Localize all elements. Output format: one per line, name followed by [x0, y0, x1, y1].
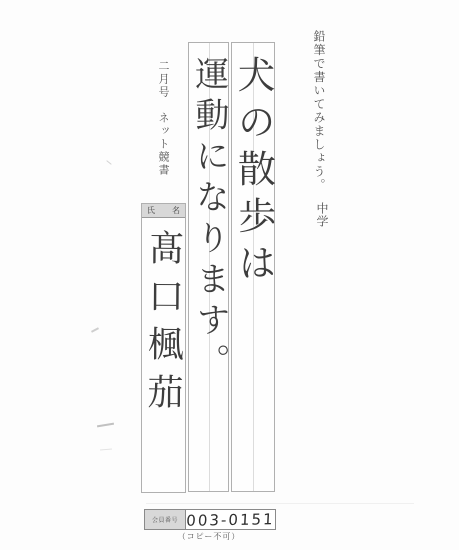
instruction-text: 鉛筆で書いてみましょう。	[311, 30, 328, 192]
name-header-right: 名	[172, 205, 180, 216]
handwritten-line2: 運動になります。	[183, 56, 234, 384]
handwritten-name: 髙口楓茄	[137, 229, 189, 421]
name-field-header: 氏 名	[142, 204, 185, 218]
scanned-practice-sheet: 鉛筆で書いてみましょう。 中学 二月号 ネット競書 犬の散歩は 運動になります。…	[0, 0, 459, 550]
member-number-box: 会員番号 003-0151	[144, 509, 276, 530]
writing-strip-line2: 運動になります。	[188, 42, 229, 492]
member-number-label: 会員番号	[145, 510, 186, 529]
scan-artifact-line	[146, 503, 414, 504]
grade-label: 中学	[314, 202, 331, 228]
writing-strip-line1: 犬の散歩は	[231, 42, 275, 492]
issue-label: 二月号 ネット競書	[155, 60, 171, 177]
stray-pencil-mark	[100, 448, 112, 450]
name-column: 氏 名 髙口楓茄	[141, 203, 186, 493]
stray-pencil-mark	[97, 423, 114, 428]
stray-pencil-mark	[106, 160, 111, 164]
handwritten-member-number: 003-0151	[185, 509, 275, 530]
stray-pencil-mark	[91, 327, 99, 333]
copy-notice: （コピー不可）	[144, 531, 274, 542]
name-header-left: 氏	[147, 205, 155, 216]
